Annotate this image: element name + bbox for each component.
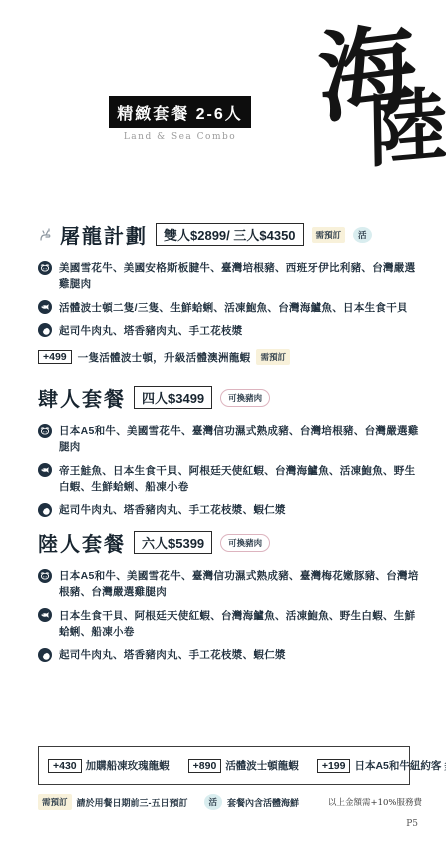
- beef-icon: [38, 424, 52, 438]
- live-badge: 活: [204, 794, 223, 810]
- menu-row-text: 美國雪花牛、美國安格斯板腱牛、臺灣培根豬、西班牙伊比利豬、台灣嚴選雞腿肉: [59, 260, 422, 293]
- menu-rows: 日本A5和牛、美國雪花牛、臺灣信功濕式熟成豬、臺灣梅花嫩豚豬、台灣培根豬、台灣嚴…: [38, 568, 422, 663]
- addon-text: 活體波士頓龍蝦: [225, 758, 299, 773]
- price-box: 六人$5399: [134, 531, 212, 554]
- menu-row-text: 活體波士頓二隻/三隻、生鮮蛤蜊、活凍鮑魚、台灣海鱸魚、日本生食干貝: [59, 300, 408, 316]
- reserve-badge: 需預訂: [312, 227, 346, 243]
- menu-row: 起司牛肉丸、塔香豬肉丸、手工花枝漿、蝦仁漿: [38, 647, 422, 663]
- section-four-person: 肆人套餐 四人$3499 可換豬肉 日本A5和牛、美國雪花牛、臺灣信功濕式熟成豬…: [38, 383, 422, 518]
- combo-banner: 精緻套餐 2-6人: [109, 96, 251, 128]
- meatball-icon: [38, 503, 52, 517]
- section-title-row: 肆人套餐 四人$3499 可換豬肉: [38, 383, 422, 412]
- addon-item: +199 日本A5和牛紐約客 炙燒/片: [317, 758, 446, 773]
- live-badge: 活: [353, 227, 372, 243]
- page-number: P5: [406, 819, 418, 829]
- section-six-person: 陸人套餐 六人$5399 可換豬肉 日本A5和牛、美國雪花牛、臺灣信功濕式熟成豬…: [38, 528, 422, 663]
- menu-row: 帝王鮭魚、日本生食干貝、阿根廷天使紅蝦、台灣海鱸魚、活凍鮑魚、野生白蝦、生鮮蛤蜊…: [38, 463, 422, 496]
- menu-row: 日本A5和牛、美國雪花牛、臺灣信功濕式熟成豬、臺灣梅花嫩豚豬、台灣培根豬、台灣嚴…: [38, 568, 422, 601]
- section-title-row: 陸人套餐 六人$5399 可換豬肉: [38, 528, 422, 557]
- menu-row-text: 日本A5和牛、美國雪花牛、臺灣信功濕式熟成豬、臺灣梅花嫩豚豬、台灣培根豬、台灣嚴…: [59, 568, 422, 601]
- menu-row-text: 起司牛肉丸、塔香豬肉丸、手工花枝漿、蝦仁漿: [59, 647, 286, 663]
- calligraphy-land: 陸: [367, 84, 446, 171]
- menu-row-text: 日本A5和牛、美國雪花牛、臺灣信功濕式熟成豬、台灣培根豬、台灣嚴選雞腿肉: [59, 423, 422, 456]
- menu-row: 起司牛肉丸、塔香豬肉丸、手工花枝漿、蝦仁漿: [38, 502, 422, 518]
- meatball-icon: [38, 648, 52, 662]
- section-title: 肆人套餐: [38, 383, 126, 412]
- reserve-badge: 需預訂: [38, 794, 72, 810]
- addon-item: +890 活體波士頓龍蝦: [188, 758, 299, 773]
- menu-row: 美國雪花牛、美國安格斯板腱牛、臺灣培根豬、西班牙伊比利豬、台灣嚴選雞腿肉: [38, 260, 422, 293]
- menu-row-text: 起司牛肉丸、塔香豬肉丸、手工花枝漿、蝦仁漿: [59, 502, 286, 518]
- legend-text: 請於用餐日期前三-五日預訂: [77, 796, 188, 809]
- seafood-icon: [38, 300, 52, 314]
- beef-icon: [38, 261, 52, 275]
- footer: 需預訂 請於用餐日期前三-五日預訂 活 套餐內含活體海鮮 以上金額需+10%服務…: [38, 794, 422, 810]
- legend-reserve: 需預訂 請於用餐日期前三-五日預訂: [38, 794, 188, 810]
- menu-row-text: 日本生食干貝、阿根廷天使紅蝦、台灣海鱸魚、活凍鮑魚、野生白蝦、生鮮蛤蜊、船凍小卷: [59, 608, 422, 641]
- addon-box: +430 加購船凍玫瑰龍蝦 +890 活體波士頓龍蝦 +199 日本A5和牛紐約…: [38, 746, 410, 785]
- addon-text: 加購船凍玫瑰龍蝦: [86, 758, 170, 773]
- upgrade-text: 一隻活體波士頓，升級活體澳洲龍蝦: [78, 350, 251, 365]
- swap-pork-badge: 可換豬肉: [220, 389, 270, 407]
- menu-rows: 美國雪花牛、美國安格斯板腱牛、臺灣培根豬、西班牙伊比利豬、台灣嚴選雞腿肉 活體波…: [38, 260, 422, 339]
- menu-row: 日本A5和牛、美國雪花牛、臺灣信功濕式熟成豬、台灣培根豬、台灣嚴選雞腿肉: [38, 423, 422, 456]
- legend-live: 活 套餐內含活體海鮮: [204, 794, 300, 810]
- menu-rows: 日本A5和牛、美國雪花牛、臺灣信功濕式熟成豬、台灣培根豬、台灣嚴選雞腿肉 帝王鮭…: [38, 423, 422, 518]
- upgrade-row: +499 一隻活體波士頓，升級活體澳洲龍蝦 需預訂: [38, 349, 422, 365]
- addon-price-box: +199: [317, 759, 351, 773]
- price-box: 雙人$2899/ 三人$4350: [156, 223, 304, 246]
- combo-subtitle: Land & Sea Combo: [109, 132, 251, 142]
- menu-row: 日本生食干貝、阿根廷天使紅蝦、台灣海鱸魚、活凍鮑魚、野生白蝦、生鮮蛤蜊、船凍小卷: [38, 608, 422, 641]
- legend-text: 套餐內含活體海鮮: [227, 796, 299, 809]
- reserve-badge: 需預訂: [256, 349, 290, 365]
- addon-price-box: +430: [48, 759, 82, 773]
- section-title: 屠龍計劃: [60, 220, 148, 249]
- price-box: 四人$3499: [134, 386, 212, 409]
- menu-row: 活體波士頓二隻/三隻、生鮮蛤蜊、活凍鮑魚、台灣海鱸魚、日本生食干貝: [38, 300, 422, 316]
- menu-row: 起司牛肉丸、塔香豬肉丸、手工花枝漿: [38, 323, 422, 339]
- seafood-icon: [38, 608, 52, 622]
- menu-row-text: 起司牛肉丸、塔香豬肉丸、手工花枝漿: [59, 323, 243, 339]
- section-dragon-plan: 屠龍計劃 雙人$2899/ 三人$4350 需預訂 活 美國雪花牛、美國安格斯板…: [38, 220, 422, 365]
- upgrade-price-box: +499: [38, 350, 72, 364]
- section-title-row: 屠龍計劃 雙人$2899/ 三人$4350 需預訂 活: [38, 220, 422, 249]
- menu-row-text: 帝王鮭魚、日本生食干貝、阿根廷天使紅蝦、台灣海鱸魚、活凍鮑魚、野生白蝦、生鮮蛤蜊…: [59, 463, 422, 496]
- addon-text: 日本A5和牛紐約客 炙燒/片: [354, 758, 446, 773]
- addon-price-box: +890: [188, 759, 222, 773]
- service-charge-note: 以上金額需+10%服務費: [328, 796, 422, 808]
- section-title: 陸人套餐: [38, 528, 126, 557]
- flick-hand-icon: [38, 227, 54, 243]
- seafood-icon: [38, 463, 52, 477]
- swap-pork-badge: 可換豬肉: [220, 534, 270, 552]
- beef-icon: [38, 569, 52, 583]
- meatball-icon: [38, 323, 52, 337]
- addon-item: +430 加購船凍玫瑰龍蝦: [48, 758, 170, 773]
